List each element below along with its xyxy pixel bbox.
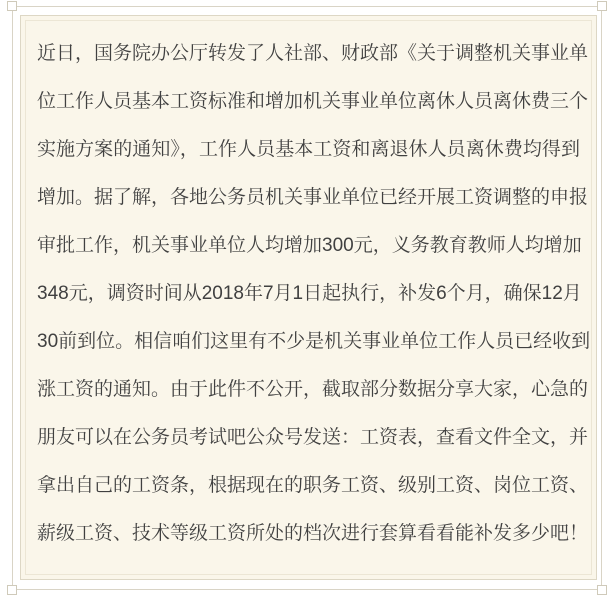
article-body: 近日，国务院办公厅转发了人社部、财政部《关于调整机关事业单 位工作人员基本工资标… — [25, 20, 592, 575]
frame-corner-bottom-left — [7, 585, 17, 595]
paragraph-line: 审批工作，机关事业单位人均增加300元，义务教育教师人均增加 — [37, 222, 580, 270]
paragraph-line: 近日，国务院办公厅转发了人社部、财政部《关于调整机关事业单 — [37, 30, 580, 78]
article-card: 近日，国务院办公厅转发了人社部、财政部《关于调整机关事业单 位工作人员基本工资标… — [20, 15, 597, 580]
paragraph-line: 增加。据了解，各地公务员机关事业单位已经开展工资调整的申报 — [37, 174, 580, 222]
paragraph-line: 实施方案的通知》，工作人员基本工资和离退休人员离休费均得到 — [37, 126, 580, 174]
paragraph-line: 朋友可以在公务员考试吧公众号发送：工资表，查看文件全文，并 — [37, 414, 580, 462]
frame-corner-bottom-right — [597, 585, 607, 595]
frame-corner-top-left — [7, 1, 17, 11]
paragraph-line: 拿出自己的工资条，根据现在的职务工资、级别工资、岗位工资、 — [37, 462, 580, 510]
frame-corner-top-right — [597, 1, 607, 11]
paragraph-line: 薪级工资、技术等级工资所处的档次进行套算看看能补发多少吧！ — [37, 510, 580, 558]
paragraph-line: 涨工资的通知。由于此件不公开，截取部分数据分享大家，心急的 — [37, 366, 580, 414]
paragraph-line: 位工作人员基本工资标准和增加机关事业单位离休人员离休费三个 — [37, 78, 580, 126]
paragraph-line: 348元，调资时间从2018年7月1日起执行，补发6个月，确保12月 — [37, 270, 580, 318]
paragraph-line: 30前到位。相信咱们这里有不少是机关事业单位工作人员已经收到 — [37, 318, 580, 366]
